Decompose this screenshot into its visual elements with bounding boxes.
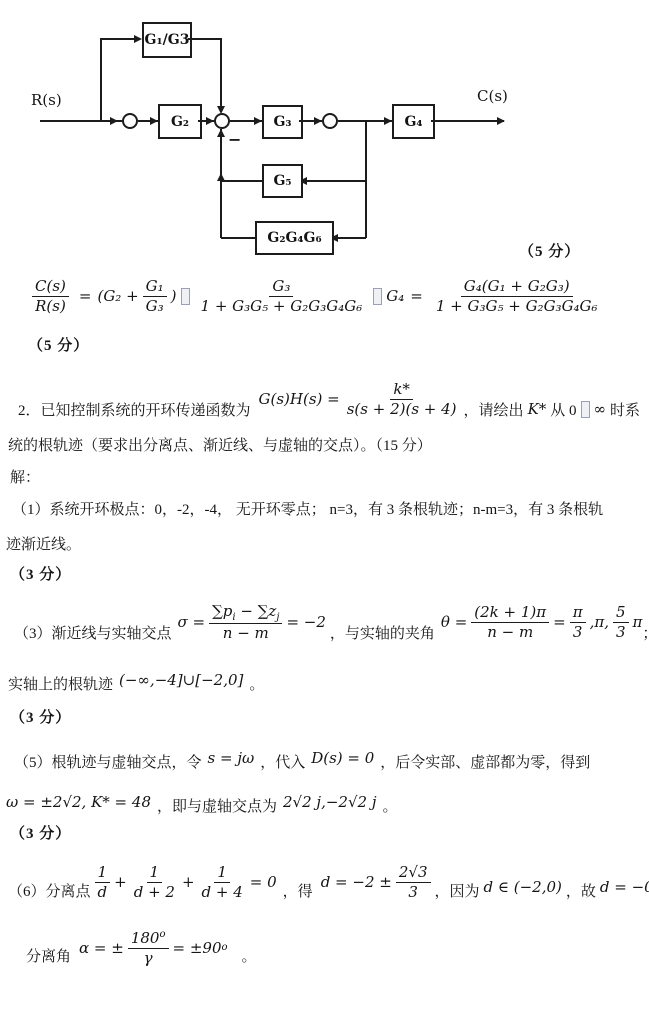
fraction-denominator: 1 + G₃G₅ + G₂G₃G₄G₆ (433, 297, 601, 316)
fraction-numerator: k* (390, 380, 413, 400)
fraction-numerator: 1 (147, 863, 163, 883)
step-text: 。 (249, 673, 264, 694)
fraction-denominator: 3 (613, 623, 629, 642)
kstar-symbol: K* (528, 400, 547, 418)
fraction-denominator: 3 (570, 623, 586, 642)
breakaway-angle-line: 分离角 α = ± 180o γ = ±90 o 。 (26, 920, 257, 976)
signal-line (221, 237, 256, 239)
step6-line: （6）分离点 1 d + 1 d + 2 + 1 d + 4 = 0 ，得 d … (8, 850, 649, 914)
angle-180: 180 (131, 929, 160, 947)
score-row-3: （3 分） (10, 702, 71, 730)
missing-glyph-box (581, 401, 590, 418)
block-g4-label: G₄ (404, 114, 422, 130)
summing-junction-1 (122, 113, 138, 129)
fraction-denominator: G₃ (143, 297, 167, 316)
infinity-symbol: ∞ (594, 400, 607, 418)
d-value: d = −0.85 (600, 878, 649, 896)
frac-1-d4: 1 d + 4 (199, 863, 246, 902)
fraction-numerator: 180o (128, 929, 169, 949)
arrowhead-icon (254, 117, 262, 125)
crossing-points: 2√2 j,−2√2 j (283, 793, 376, 811)
fraction-denominator: n − m (484, 623, 536, 642)
input-signal-label: R(s) (31, 91, 62, 109)
fraction-numerator: G₃ (269, 277, 293, 297)
signal-line (220, 38, 222, 106)
signal-line (101, 38, 135, 40)
block-g5-label: G₅ (273, 173, 291, 189)
frac-kstar: k* s(s + 2)(s + 4) (344, 380, 460, 419)
fraction-numerator: ∑pi − ∑zj (209, 602, 282, 624)
equals-sign: = (553, 613, 566, 631)
score-badge: （5 分） (28, 334, 89, 355)
degree-superscript: o (222, 943, 228, 953)
step3-line1: （3）渐近线与实轴交点 σ = ∑pi − ∑zj n − m = −2 ，与实… (14, 590, 649, 654)
step-text: ，代入 (260, 751, 305, 772)
block-g2g4g6: G₂G₄G₆ (255, 221, 334, 255)
fraction-denominator: d + 2 (131, 883, 178, 902)
subscript-j: j (276, 612, 279, 623)
frac-cs-rs: C(s) R(s) (32, 277, 69, 316)
signal-line (100, 38, 102, 122)
fraction-numerator: (2k + 1)π (471, 603, 549, 623)
arrowhead-icon (217, 173, 225, 181)
score-badge: （3 分） (10, 563, 71, 584)
fraction-denominator: 3 (405, 883, 421, 902)
output-signal-label: C(s) (477, 87, 508, 105)
fraction-denominator: s(s + 2)(s + 4) (344, 400, 460, 419)
step-text: （3）渐近线与实轴交点 (14, 622, 172, 643)
term-close: ) (171, 287, 177, 305)
block-g3-label: G₃ (273, 114, 291, 130)
arrowhead-icon (217, 106, 225, 114)
step-text: ，因为 (435, 880, 480, 901)
frac-2sqrt3-3: 2√3 3 (396, 863, 431, 902)
term-g4: G₄ (386, 287, 404, 305)
frac-pi-3: π 3 (570, 603, 586, 642)
score-row-2: （3 分） (10, 559, 71, 587)
fraction-numerator: G₁ (143, 277, 167, 297)
step5-line2: ω = ±2√2, K* = 48 ，即与虚轴交点为 2√2 j,−2√2 j … (6, 784, 397, 820)
fraction-numerator: C(s) (32, 277, 69, 297)
arrowhead-icon (384, 117, 392, 125)
term-open: (G₂ + (97, 287, 138, 305)
question-text: 2．已知控制系统的开环传递函数为 (18, 399, 251, 420)
frac-1-d: 1 d (95, 863, 111, 902)
frac-result: G₄(G₁ + G₂G₃) 1 + G₃G₅ + G₂G₃G₄G₆ (433, 277, 601, 316)
minus-sign: − (228, 132, 241, 148)
question-text: ，请绘出 (464, 399, 524, 420)
d-solution-lhs: d = −2 ± (321, 873, 392, 891)
arrowhead-icon (217, 129, 225, 137)
score-badge-diagram: （5 分） (519, 240, 580, 261)
signal-line (220, 129, 222, 238)
sum-p: ∑p (212, 602, 232, 620)
frac-5-3: 5 3 (613, 603, 629, 642)
block-g4: G₄ (392, 104, 435, 139)
equals-sign: = (79, 287, 92, 305)
transfer-function-equation: C(s) R(s) = (G₂ + G₁ G₃ ) G₃ 1 + G₃G₅ + … (28, 260, 605, 332)
s-jw-formula: s = jω (208, 749, 255, 767)
step-text: （5）根轨迹与虚轴交点，令 (14, 751, 202, 772)
arrowhead-icon (314, 117, 322, 125)
signal-line (188, 38, 222, 40)
sigma-value: = −2 (286, 613, 325, 631)
signal-line (221, 180, 262, 182)
step-text: ，与实轴的夹角 (330, 622, 435, 643)
block-g1g3-label: G₁/G3 (145, 32, 190, 48)
fraction-numerator: 2√3 (396, 863, 431, 883)
ds-formula: D(s) = 0 (311, 749, 374, 767)
block-diagram: R(s) C(s) G₂ − G₃ G₄ G₁/G3 (0, 0, 649, 262)
fraction-denominator: 1 + G₃G₅ + G₂G₃G₄G₆ (198, 297, 366, 316)
score-row-4: （3 分） (10, 818, 71, 846)
equals-sign: = (410, 287, 423, 305)
fraction-numerator: 1 (214, 863, 230, 883)
block-g2g4g6-label: G₂G₄G₆ (267, 230, 321, 246)
step-text: ； (642, 622, 649, 643)
omega-kstar-result: ω = ±2√2, K* = 48 (6, 793, 151, 811)
block-g2: G₂ (158, 104, 202, 139)
question2-line2: 统的根轨迹（要求出分离点、渐近线、与虚轴的交点）。（15 分） (8, 430, 432, 458)
question-text: 从 0 (550, 399, 576, 420)
step3-line2: 实轴上的根轨迹 (−∞,−4]∪[−2,0] 。 (8, 662, 264, 698)
block-g2-label: G₂ (171, 114, 189, 130)
degree-superscript: o (159, 929, 165, 940)
frac-1-d2: 1 d + 2 (131, 863, 178, 902)
plus-sign: + (114, 873, 127, 891)
fraction-denominator: d + 4 (199, 883, 246, 902)
alpha-lhs: α = ± (79, 939, 124, 957)
real-axis-interval: (−∞,−4]∪[−2,0] (119, 671, 243, 689)
step-text: 迹渐近线。 (6, 533, 81, 554)
plus-sign: + (182, 873, 195, 891)
summing-junction-3 (322, 113, 338, 129)
signal-line (431, 120, 504, 122)
equals-zero: = 0 (250, 873, 277, 891)
frac-inner-loop: G₃ 1 + G₃G₅ + G₂G₃G₄G₆ (198, 277, 366, 316)
step1-line1: （1）系统开环极点：0，-2，-4， 无开环零点； n=3，有 3 条根轨迹；n… (12, 494, 603, 522)
step-text: ，即与虚轴交点为 (157, 795, 277, 816)
score-row-1: （5 分） (28, 332, 89, 356)
solution-label-text: 解： (10, 466, 40, 487)
theta-lhs: θ = (441, 613, 467, 631)
solution-label: 解： (10, 462, 40, 490)
fraction-denominator: d (95, 883, 111, 902)
fraction-denominator: γ (141, 949, 156, 968)
signal-line (336, 237, 366, 239)
d-range: d ∈ (−2,0) (484, 878, 562, 896)
arrowhead-icon (150, 117, 158, 125)
score-badge: （3 分） (10, 706, 71, 727)
question-text: 统的根轨迹（要求出分离点、渐近线、与虚轴的交点）。（15 分） (8, 434, 432, 455)
block-g5: G₅ (262, 164, 303, 198)
sigma-lhs: σ = (178, 613, 206, 631)
block-g3: G₃ (262, 105, 303, 139)
step-text: ，得 (283, 880, 313, 901)
step5-line1: （5）根轨迹与虚轴交点，令 s = jω ，代入 D(s) = 0 ，后令实部、… (14, 740, 590, 776)
arrowhead-icon (134, 35, 142, 43)
theta-list: ,π, (590, 613, 609, 631)
frac-sigma: ∑pi − ∑zj n − m (209, 602, 282, 643)
missing-glyph-box (181, 288, 190, 305)
fraction-denominator: n − m (220, 624, 272, 643)
step1-line2: 迹渐近线。 (6, 529, 81, 557)
frac-180-gamma: 180o γ (128, 929, 169, 968)
step-text: ，故 (566, 880, 596, 901)
alpha-value: = ±90 (173, 939, 222, 957)
fraction-numerator: π (570, 603, 586, 623)
fraction-numerator: G₄(G₁ + G₂G₃) (461, 277, 573, 297)
question2-line1: 2．已知控制系统的开环传递函数为 G(s)H(s) = k* s(s + 2)(… (18, 364, 640, 434)
frac-g1-g3: G₁ G₃ (143, 277, 167, 316)
pi-symbol: π (633, 613, 643, 631)
arrowhead-icon (110, 117, 118, 125)
summing-junction-2 (214, 113, 230, 129)
step-text: 。 (242, 945, 257, 966)
question-text: 时系 (610, 399, 640, 420)
missing-glyph-box (373, 288, 382, 305)
arrowhead-icon (497, 117, 505, 125)
score-badge: （3 分） (10, 822, 71, 843)
block-g1g3: G₁/G3 (142, 22, 192, 58)
fraction-denominator: R(s) (32, 297, 69, 316)
step-text: 分离角 (26, 945, 71, 966)
step-text: 实轴上的根轨迹 (8, 673, 113, 694)
sum-z: − ∑z (236, 602, 277, 620)
open-loop-tf-lhs: G(s)H(s) = (259, 390, 340, 408)
step-text: （6）分离点 (8, 880, 91, 901)
step-text: ，后令实部、虚部都为零，得到 (380, 751, 590, 772)
step-text: 。 (382, 795, 397, 816)
fraction-numerator: 1 (95, 863, 111, 883)
document-page: R(s) C(s) G₂ − G₃ G₄ G₁/G3 (0, 0, 649, 1009)
signal-line (306, 180, 366, 182)
frac-theta: (2k + 1)π n − m (471, 603, 549, 642)
step-text: （1）系统开环极点：0，-2，-4， 无开环零点； n=3，有 3 条根轨迹；n… (12, 498, 603, 519)
arrowhead-icon (206, 117, 214, 125)
fraction-numerator: 5 (613, 603, 629, 623)
